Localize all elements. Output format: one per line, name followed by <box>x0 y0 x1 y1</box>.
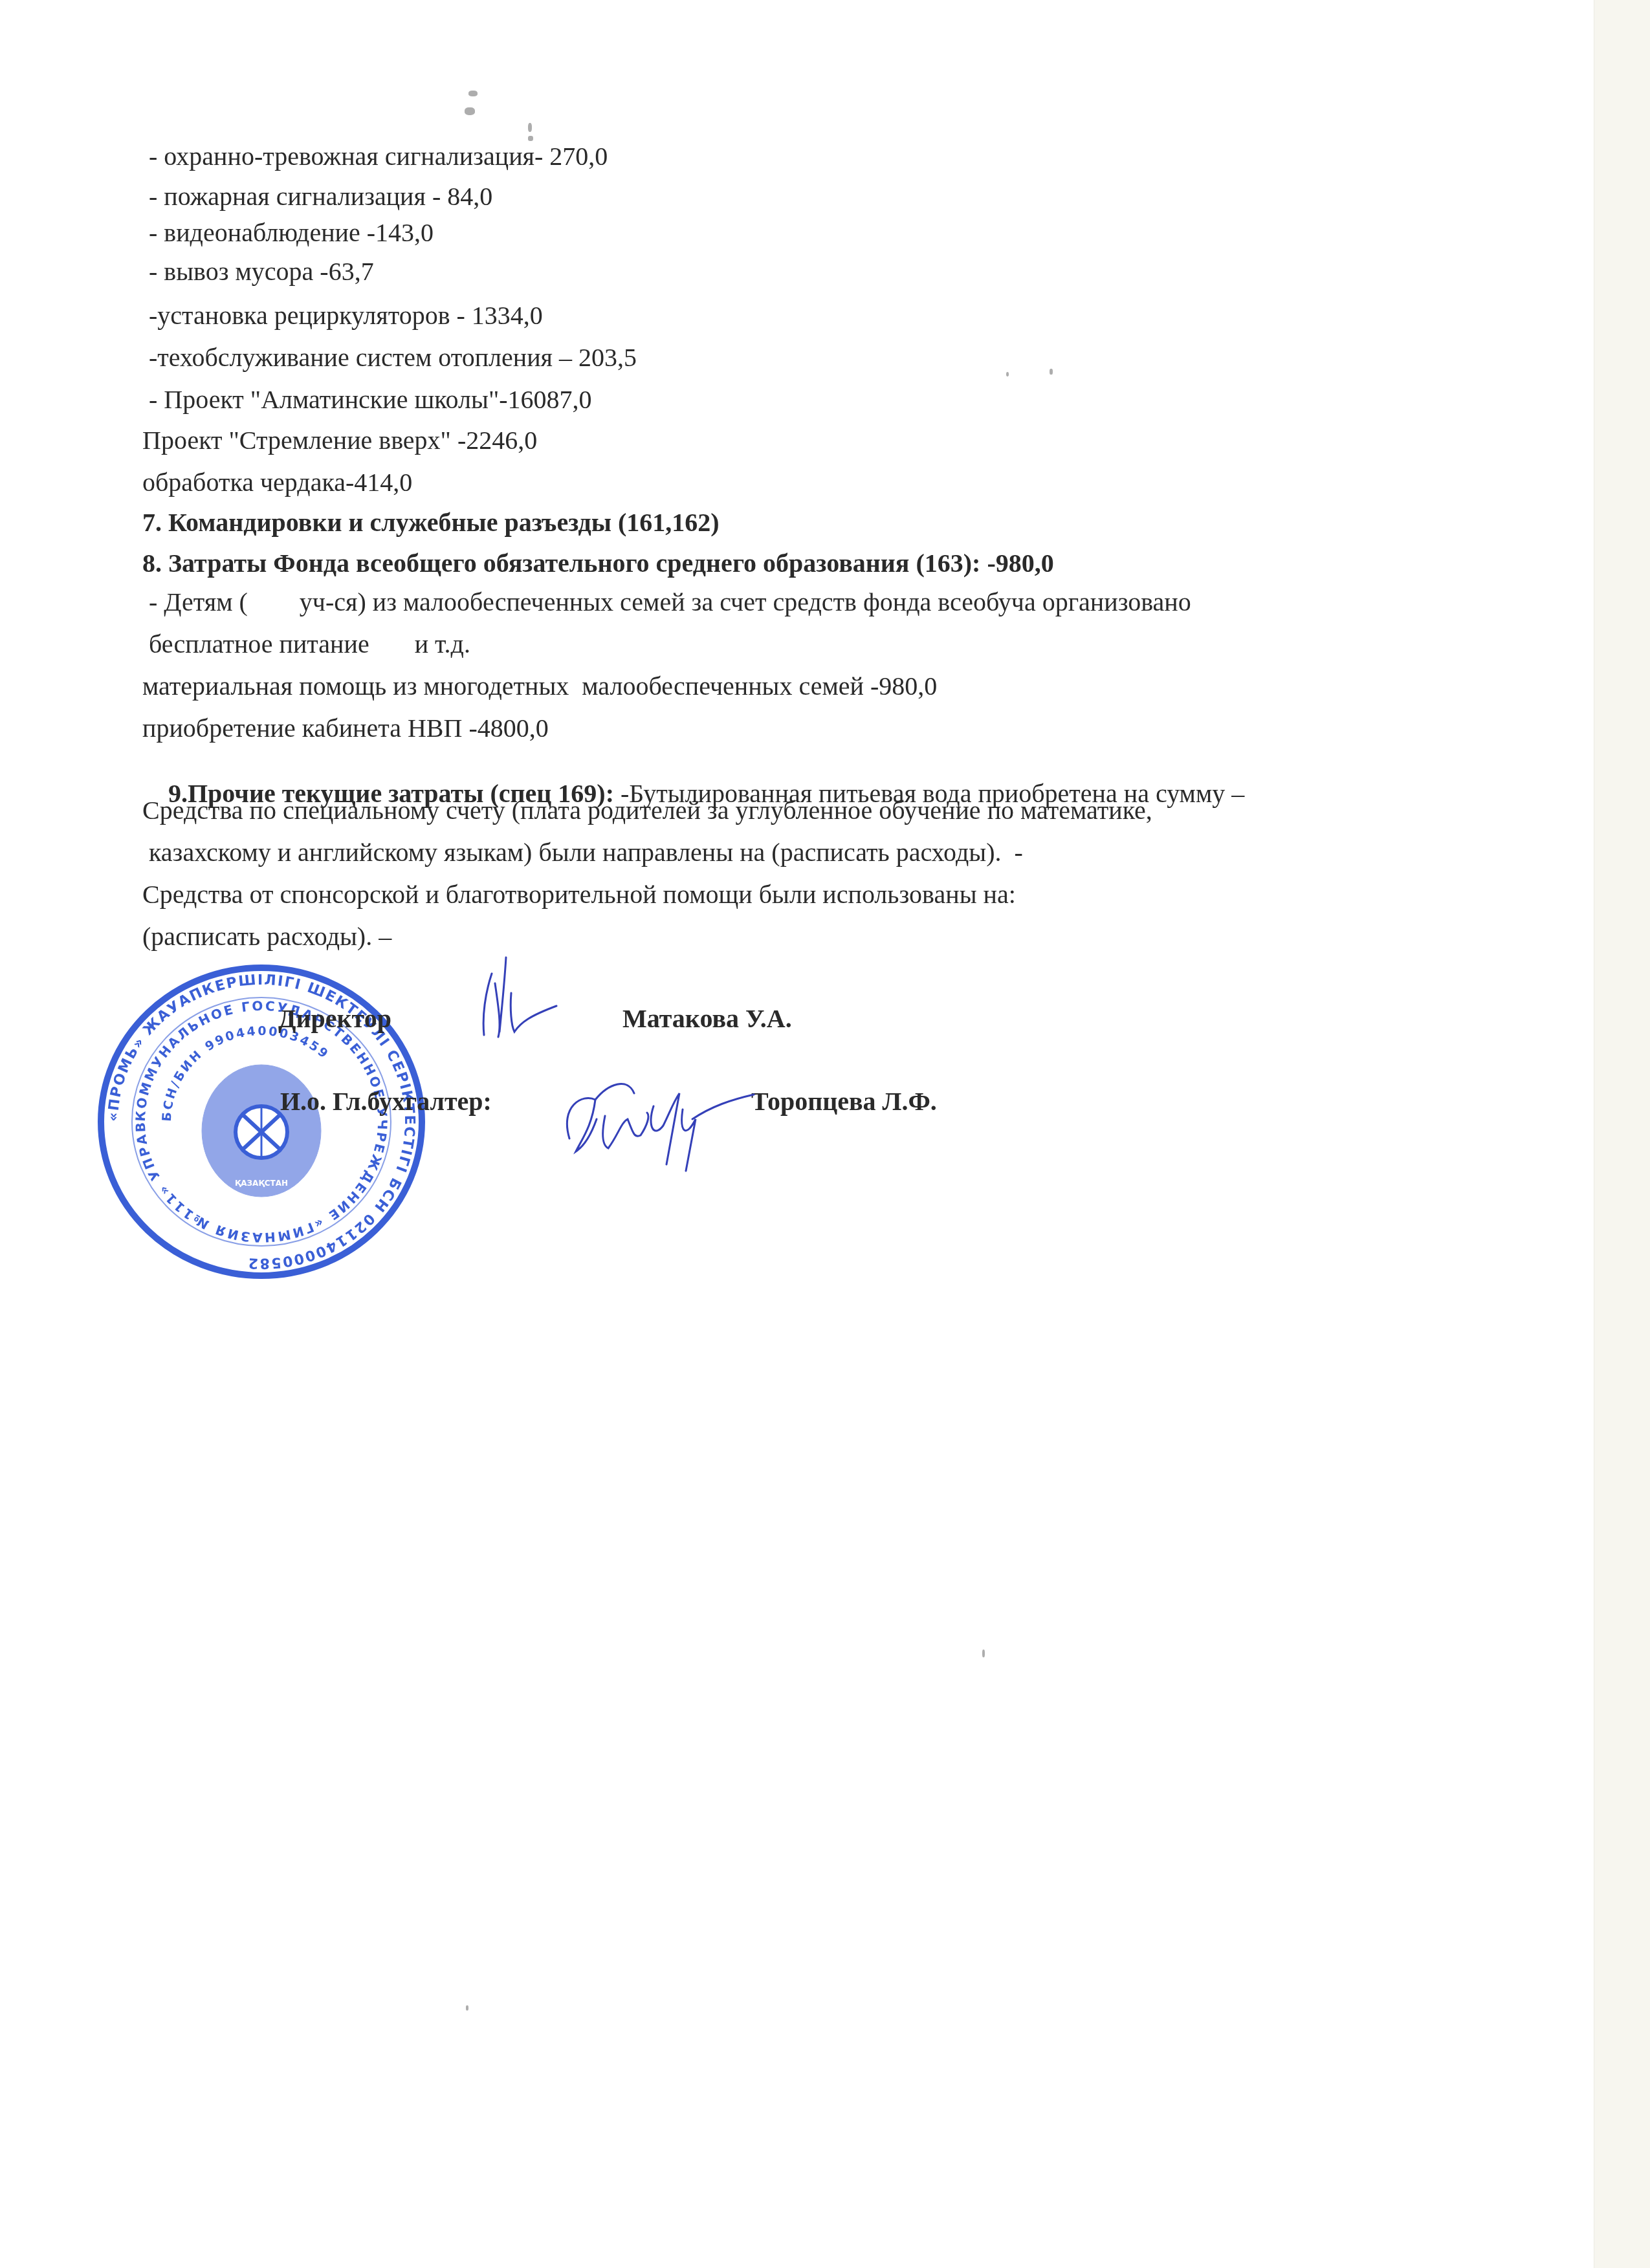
accountant-name: Торопцева Л.Ф. <box>751 1089 937 1115</box>
director-title: Директор <box>278 1006 391 1032</box>
line-free-meals: бесплатное питание и т.д. <box>142 631 470 657</box>
scan-speck <box>468 91 478 96</box>
accountant-title: И.о. Гл.бухгалтер: <box>280 1089 492 1115</box>
line-fire-alarm: - пожарная сигнализация - 84,0 <box>142 184 492 210</box>
heading-education-fund: 8. Затраты Фонда всеобщего обязательного… <box>142 551 1054 576</box>
line-garbage-removal: - вывоз мусора -63,7 <box>142 259 374 285</box>
heading-business-trips: 7. Командировки и служебные разъезды (16… <box>142 510 720 536</box>
accountant-signature-icon <box>556 1067 757 1184</box>
line-recirculators: -установка рециркуляторов - 1334,0 <box>142 303 543 329</box>
line-children-meals: - Детям ( уч-ся) из малообеспеченных сем… <box>142 589 1191 615</box>
line-attic-treatment: обработка чердака-414,0 <box>142 470 412 496</box>
scan-margin-strip <box>1594 0 1650 2268</box>
scan-speck <box>528 136 533 141</box>
line-video-surveillance: - видеонаблюдение -143,0 <box>142 220 434 246</box>
line-material-aid: материальная помощь из многодетных малоо… <box>142 673 937 699</box>
scan-speck <box>1006 372 1009 376</box>
line-security-alarm: - охранно-тревожная сигнализация- 270,0 <box>142 144 608 169</box>
director-signature-icon <box>472 954 563 1045</box>
scan-speck <box>1050 369 1053 375</box>
line-almaty-schools-project: - Проект "Алматинские школы"-16087,0 <box>142 387 592 413</box>
line-sponsorship: Средства от спонсорской и благотворитель… <box>142 882 1016 908</box>
scan-speck <box>528 123 532 132</box>
scan-speck <box>466 2005 468 2011</box>
line-special-account: Средства по специальному счету (плата ро… <box>142 798 1152 823</box>
emblem-icon: ҚАЗАҚСТАН <box>202 1065 321 1197</box>
line-upward-project: Проект "Стремление вверх" -2246,0 <box>142 428 537 453</box>
line-nvp-cabinet: приобретение кабинета НВП -4800,0 <box>142 715 549 741</box>
emblem-caption: ҚАЗАҚСТАН <box>235 1179 288 1188</box>
director-name: Матакова У.А. <box>622 1006 792 1032</box>
line-list-expenses: (расписать расходы). – <box>142 924 391 950</box>
line-special-account-cont: казахскому и английскому языкам) были на… <box>142 840 1023 866</box>
scan-speck <box>465 107 475 115</box>
line-heating-maintenance: -техобслуживание систем отопления – 203,… <box>142 345 637 371</box>
scan-speck <box>982 1650 985 1657</box>
